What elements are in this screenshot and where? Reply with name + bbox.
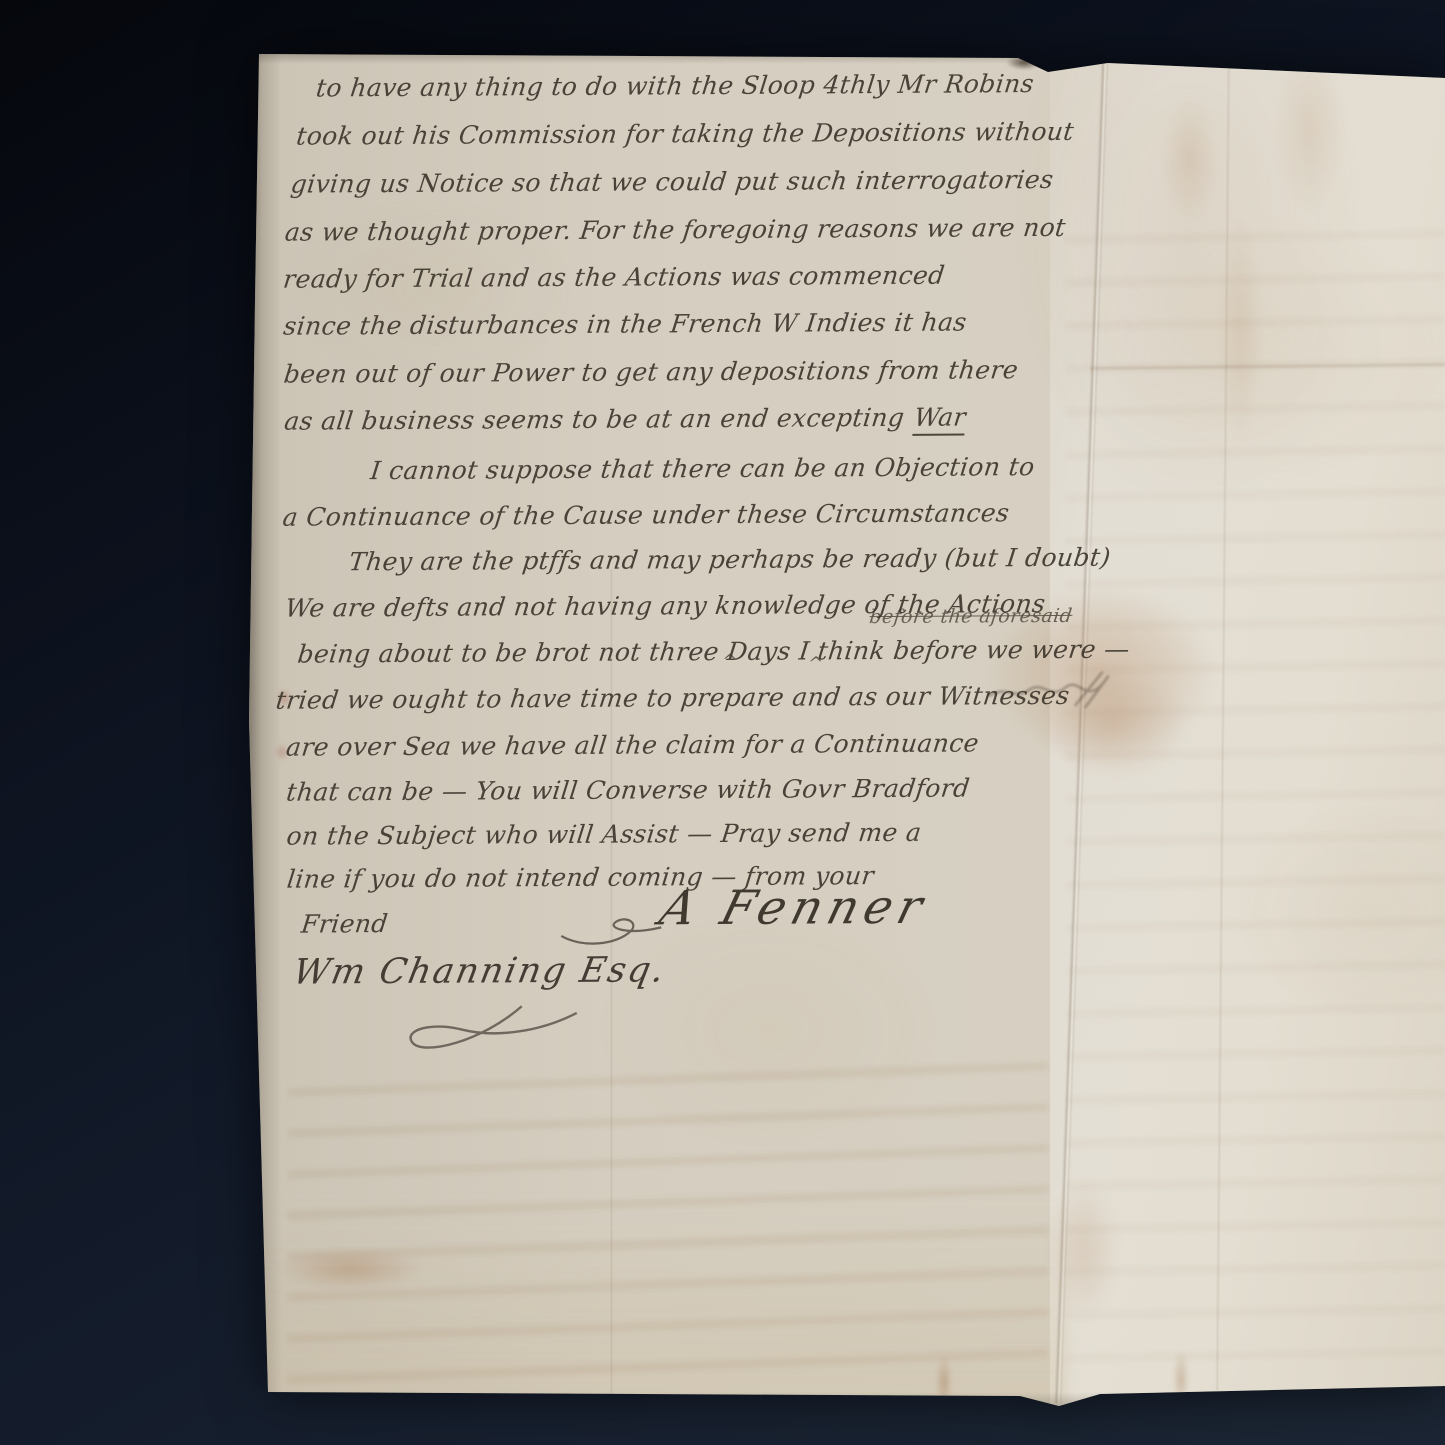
letter-line: as we thought proper. For the foregoing …: [283, 214, 1067, 248]
letter-line: They are the ptffs and may perhaps be re…: [347, 544, 1112, 577]
caret-mark: ^: [720, 652, 738, 673]
letter-line-text: as all business seems to be at an end ex…: [283, 403, 906, 436]
letter-line: I cannot suppose that there can be an Ob…: [369, 453, 1036, 486]
struck-out-text: before the aforesaid: [868, 606, 1073, 629]
letter-photograph: to have any thing to do with the Sloop 4…: [0, 0, 1445, 1445]
letter-line: a Continuance of the Cause under these C…: [281, 499, 1011, 532]
ink-smudge: [985, 666, 1115, 713]
letter-line: since the disturbances in the French W I…: [282, 308, 968, 341]
letter-line: ready for Trial and as the Actions was c…: [282, 262, 947, 295]
letter-line: been out of our Power to get any deposit…: [282, 356, 1020, 389]
letter-line: on the Subject who will Assist — Pray se…: [285, 819, 923, 852]
letter-line: tried we ought to have time to prepare a…: [274, 682, 1071, 716]
addressee-line: Wm Channing Esq.: [290, 950, 669, 993]
addressee-flourish: [402, 1001, 582, 1062]
closing-word: Friend: [300, 910, 390, 939]
letter-line: are over Sea we have all the claim for a…: [284, 729, 980, 762]
underlined-word: War: [912, 403, 967, 435]
handwriting-layer: to have any thing to do with the Sloop 4…: [0, 0, 1445, 1445]
letter-line: to have any thing to do with the Sloop 4…: [314, 70, 1035, 103]
signature: A Fenner: [654, 881, 934, 937]
letter-line: that can be — You will Converse with Gov…: [285, 774, 972, 807]
signature-flourish: [556, 905, 666, 946]
caret-mark: ^: [806, 654, 824, 675]
letter-line: giving us Notice so that we could put su…: [289, 166, 1055, 199]
letter-line: took out his Commission for taking the D…: [295, 118, 1076, 152]
letter-line: as all business seems to be at an end ex…: [282, 403, 967, 439]
letter-line: being about to be brot not three Days I …: [296, 636, 1131, 670]
